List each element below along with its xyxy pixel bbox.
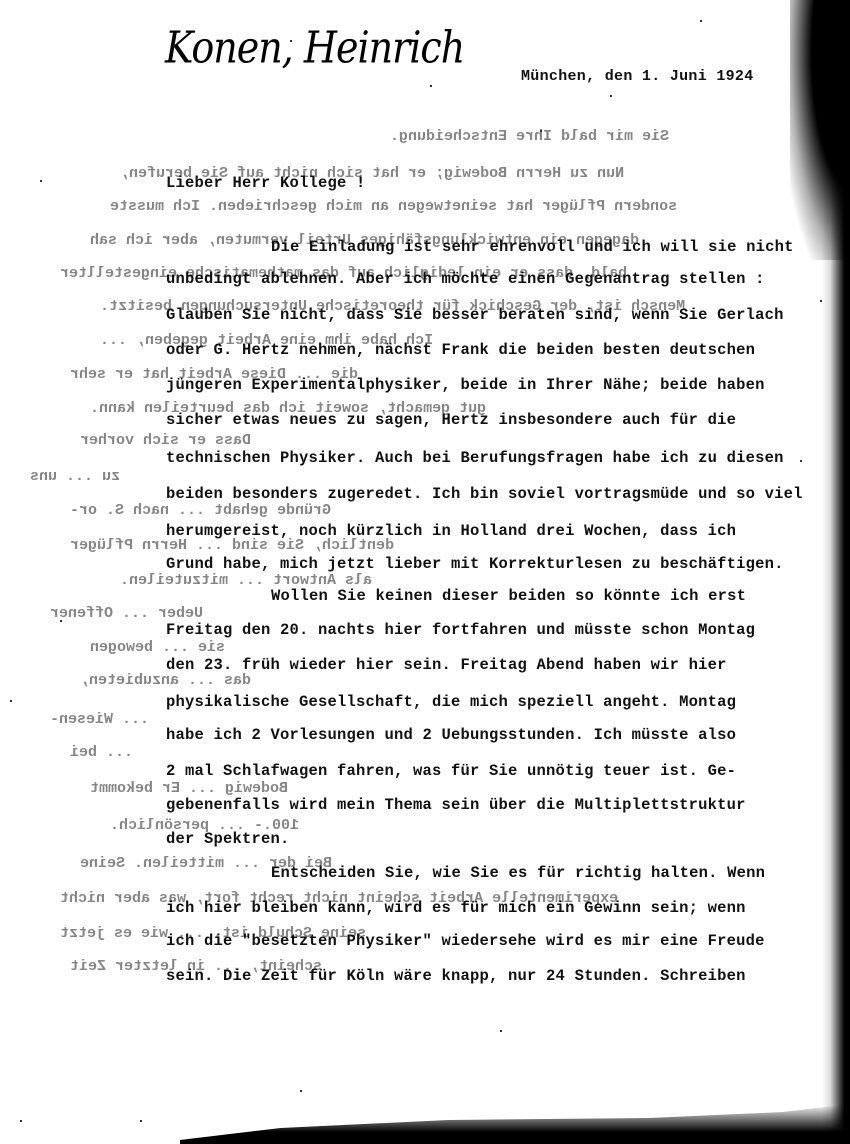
body-line: Freitag den 20. nachts hier fortfahren u…	[166, 621, 755, 639]
bleed-through-line: Dass er sich vorher	[80, 432, 251, 449]
scan-speck	[10, 700, 12, 702]
scan-speck	[800, 460, 802, 462]
body-line: Entscheiden Sie, wie Sie es für richtig …	[271, 864, 765, 882]
scan-speck	[300, 1090, 302, 1092]
bleed-through-line: ... Wiesen-	[50, 711, 149, 728]
scan-speck	[820, 300, 822, 302]
body-line: Die Einladung ist sehr ehrenvoll und ich…	[271, 238, 794, 256]
bleed-through-line: sie ... bewogen	[90, 639, 225, 656]
body-line: oder G. Hertz nehmen, nächst Frank die b…	[166, 341, 755, 359]
body-line: 2 mal Schlafwagen fahren, was für Sie un…	[166, 762, 736, 780]
bleed-through-line: Bodewig ... Er bekommt	[90, 780, 288, 797]
scan-speck	[40, 180, 42, 182]
body-line: Grund habe, mich jetzt lieber mit Korrek…	[166, 555, 784, 573]
scan-speck	[430, 85, 432, 87]
place-and-date: München, den 1. Juni 1924	[521, 68, 754, 85]
salutation: Lieber Herr Kollege !	[166, 174, 366, 192]
scan-speck	[540, 130, 542, 132]
scan-speck	[610, 95, 612, 97]
body-line: den 23. früh wieder hier sein. Freitag A…	[166, 656, 727, 674]
body-line: ich hier bleiben kann, wird es für mich …	[166, 899, 746, 917]
body-line: habe ich 2 Vorlesungen und 2 Uebungsstun…	[166, 726, 736, 744]
body-line: unbedingt ablehnen. Aber ich möchte eine…	[166, 270, 765, 288]
bleed-through-line: Sie mir bald Ihre Entscheidung.	[390, 128, 669, 145]
body-line: beiden besonders zugeredet. Ich bin sovi…	[166, 485, 803, 503]
bleed-through-line: zu ... uns	[30, 468, 120, 485]
scanned-letter-page: Konen, Heinrich München, den 1. Juni 192…	[0, 0, 850, 1144]
scan-speck	[500, 1030, 502, 1032]
body-line: herumgereist, noch kürzlich in Holland d…	[166, 522, 736, 540]
scan-speck	[20, 1120, 22, 1122]
body-line: physikalische Gesellschaft, die mich spe…	[166, 693, 736, 711]
bleed-through-line: Gründe gehabt ... nach S. or-	[70, 502, 331, 519]
body-line: der Spektren.	[166, 830, 290, 848]
scan-speck	[140, 1120, 142, 1122]
scan-speck	[700, 20, 702, 22]
bleed-through-line: sondern Pflüger hat seinetwegen an mich …	[110, 198, 677, 215]
body-line: jüngeren Experimentalphysiker, beide in …	[166, 376, 765, 394]
body-line: Glauben Sie nicht, dass Sie besser berat…	[166, 306, 784, 324]
scan-speck	[290, 40, 292, 42]
body-line: Wollen Sie keinen dieser beiden so könnt…	[271, 587, 746, 605]
scan-edge-top-right	[790, 0, 850, 260]
body-line: gebenenfalls wird mein Thema sein über d…	[166, 796, 746, 814]
body-line: sicher etwas neues zu sagen, Hertz insbe…	[166, 411, 736, 429]
scan-speck	[60, 620, 62, 622]
body-line: ich die "besetzten Physiker" wiedersehe …	[166, 932, 765, 950]
scan-edge-bottom	[180, 1104, 850, 1144]
bleed-through-line: Ueber ... Offener	[50, 605, 203, 622]
body-line: sein. Die Zeit für Köln wäre knapp, nur …	[166, 967, 746, 985]
body-line: technischen Physiker. Auch bei Berufungs…	[166, 449, 784, 467]
bleed-through-line: ... bei	[70, 744, 133, 761]
handwritten-author-name: Konen, Heinrich	[165, 22, 464, 73]
bleed-through-line: das ... anzubieten,	[80, 672, 251, 689]
